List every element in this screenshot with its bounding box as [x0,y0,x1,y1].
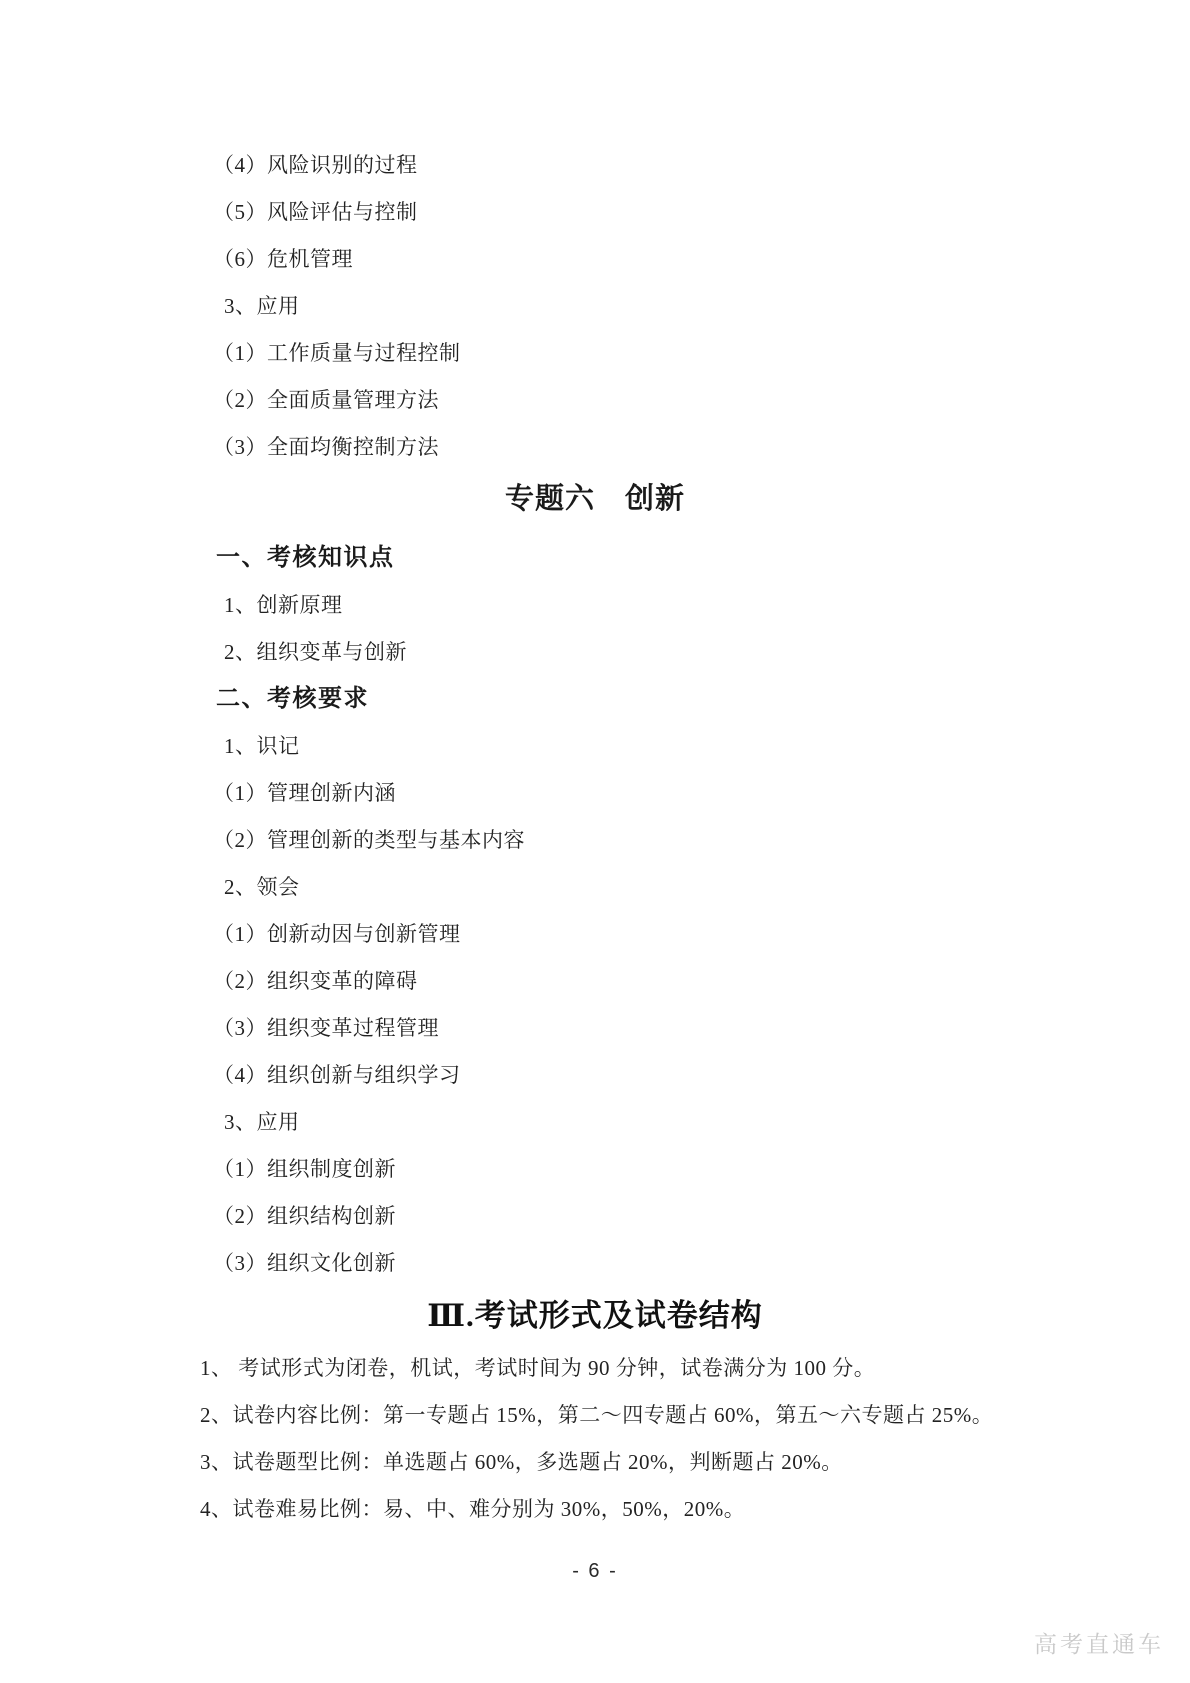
requirement-line: （3）组织文化创新 [0,1240,1190,1287]
watermark: 高考直通车 [1034,1626,1164,1659]
outline-line: （3）全面均衡控制方法 [0,424,1190,471]
outline-line: 3、应用 [0,283,1190,330]
exam-rule-line: 1、 考试形式为闭卷，机试，考试时间为 90 分钟，试卷满分为 100 分。 [0,1345,1190,1392]
exam-rule-line: 4、试卷难易比例：易、中、难分别为 30%，50%，20%。 [0,1486,1190,1533]
document-content: （4）风险识别的过程（5）风险评估与控制（6）危机管理3、应用（1）工作质量与过… [0,0,1190,1533]
section-heading-knowledge-points: 一、考核知识点 [0,535,1190,582]
outline-line: （5）风险评估与控制 [0,189,1190,236]
requirement-line: （2）管理创新的类型与基本内容 [0,817,1190,864]
outline-list-top: （4）风险识别的过程（5）风险评估与控制（6）危机管理3、应用（1）工作质量与过… [0,142,1190,471]
requirement-line: 2、领会 [0,864,1190,911]
section-heading-requirements: 二、考核要求 [0,676,1190,723]
requirements-list: 1、识记（1）管理创新内涵（2）管理创新的类型与基本内容2、领会（1）创新动因与… [0,723,1190,1287]
outline-line: （2）全面质量管理方法 [0,377,1190,424]
requirement-line: （1）组织制度创新 [0,1146,1190,1193]
topic-heading: 专题六 创新 [0,475,1190,523]
outline-line: （6）危机管理 [0,236,1190,283]
requirement-line: （2）组织变革的障碍 [0,958,1190,1005]
exam-rules-list: 1、 考试形式为闭卷，机试，考试时间为 90 分钟，试卷满分为 100 分。2、… [0,1345,1190,1533]
requirement-line: （4）组织创新与组织学习 [0,1052,1190,1099]
exam-structure-heading: Ⅲ.考试形式及试卷结构 [0,1290,1190,1342]
requirement-line: （2）组织结构创新 [0,1193,1190,1240]
document-page: （4）风险识别的过程（5）风险评估与控制（6）危机管理3、应用（1）工作质量与过… [0,0,1190,1683]
requirement-line: （1）管理创新内涵 [0,770,1190,817]
requirement-line: （1）创新动因与创新管理 [0,911,1190,958]
requirement-line: 3、应用 [0,1099,1190,1146]
page-number: - 6 - [0,1560,1190,1583]
knowledge-point-line: 1、创新原理 [0,582,1190,629]
knowledge-point-line: 2、组织变革与创新 [0,629,1190,676]
requirement-line: 1、识记 [0,723,1190,770]
outline-line: （4）风险识别的过程 [0,142,1190,189]
knowledge-points-list: 1、创新原理2、组织变革与创新 [0,582,1190,676]
exam-rule-line: 3、试卷题型比例：单选题占 60%，多选题占 20%，判断题占 20%。 [0,1439,1190,1486]
outline-line: （1）工作质量与过程控制 [0,330,1190,377]
requirement-line: （3）组织变革过程管理 [0,1005,1190,1052]
exam-rule-line: 2、试卷内容比例：第一专题占 15%，第二～四专题占 60%，第五～六专题占 2… [0,1392,1190,1439]
